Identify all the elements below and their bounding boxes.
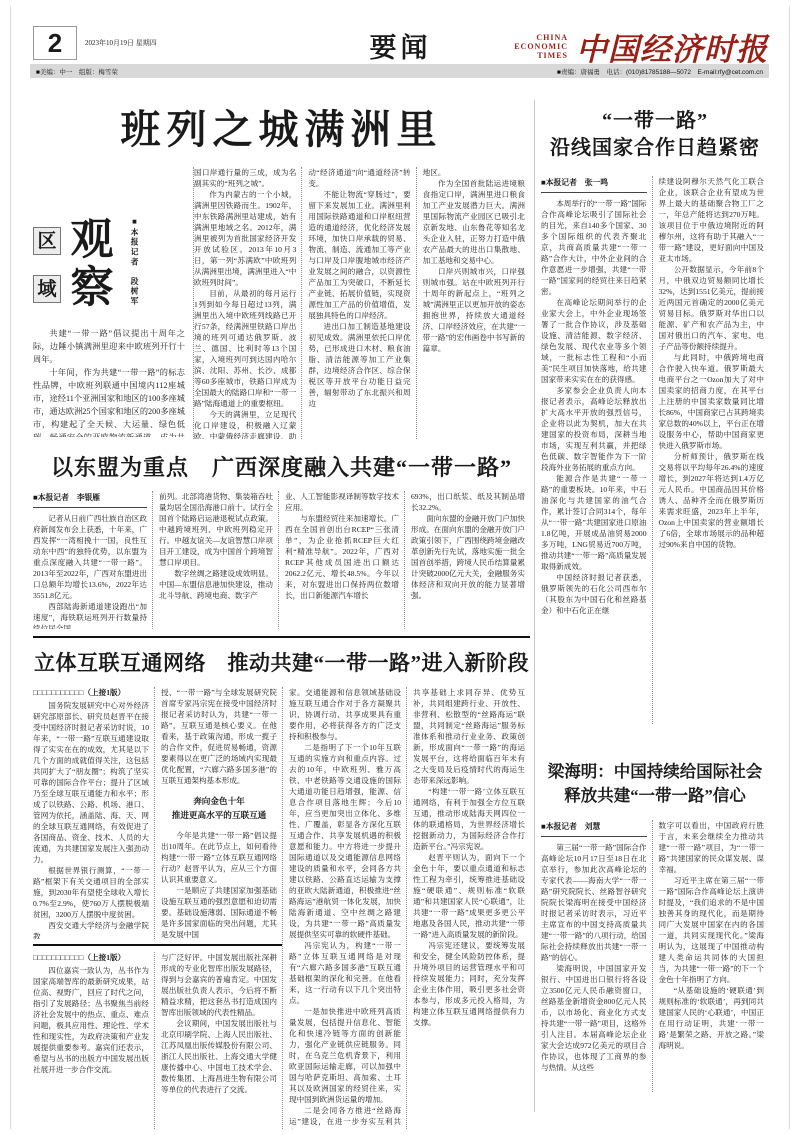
paragraph: 目前，从最初的每月运行1列到如今每日超过13列，满洲里出入境中欧班列线路已开行5…: [194, 288, 296, 409]
paragraph: 多家参会企业负责人向本报记者表示，高峰论坛释放出扩大高水平开放的强烈信号，企业将…: [541, 385, 647, 473]
continued-from-page1-tag: □□□□□□□□□□□（上接1版）: [33, 687, 149, 698]
article4-divider-rule: [33, 944, 282, 946]
article-lianghaiming-byline: ■本报记者 刘慧: [541, 820, 647, 837]
paragraph: 面向东盟的金融开放门户加快形成。在面向东盟的金融开放门户政策引领下，广西围绕跨境…: [411, 513, 525, 601]
paragraph: 分析师预计，俄罗斯在线交易将以平均每年26.4%的速度增长，到2027年将达到1…: [659, 451, 765, 550]
paragraph: 冯宗宪认为，构建“一带一路”立体互联互通网络是对现有“六廊六路多国多港”互联互通…: [289, 940, 401, 1006]
article-connectivity-subhead: 奔向金色十年 推进更高水平的互联互通: [161, 794, 277, 822]
masthead-en-line: TIMES: [514, 51, 568, 60]
article-cooperation: “一带一路” 沿线国家合作日趋紧密 ■本报记者 张一鸣 本周举行的“一带一路”国…: [541, 108, 769, 724]
article-manzhouli-col-2: 动“经济通道”向“通道经济”转变。不能让物流“穿肠过”，要留下来发展加工业。满洲…: [301, 167, 415, 439]
masthead-en-line: ECONOMIC: [514, 42, 568, 51]
paragraph: 二是会同各方推进“丝路海运”建设，在进一步夯实互利共赢、: [289, 1105, 401, 1129]
paragraph: 693%，出口纸浆、纸及其制品增长32.2%。: [411, 491, 525, 513]
section-title: 要闻: [370, 26, 432, 65]
article-manzhouli-intro: 共建“一带一路”倡议提出十周年之际，边陲小镇满洲里迎来中欧班列开行十周年。十年间…: [33, 327, 185, 437]
paragraph: 西安交通大学经济与金融学院教: [33, 920, 149, 939]
credits-left: ■美编：中一 组版：梅雪荣: [36, 67, 118, 76]
paragraph: 作为内蒙古的一个小城，满洲里因铁路而生。1902年，中东铁路满洲里站建成，始有满…: [194, 189, 296, 288]
paragraph: “构建‘一带一路’立体互联互通网络，有利于加强全方位互联互通，推动形成陆海天网四…: [413, 786, 525, 852]
logo-char: 观: [65, 218, 119, 264]
paragraph: 梁海明说，中国国家开发银行、中国进出口银行将各设立3500亿元人民币融资窗口，丝…: [541, 963, 647, 1073]
paragraph: 进出口加工制造基地建设初见成效。满洲里依托口岸优势，已形成进口木材、粮食油脂、清…: [308, 321, 410, 409]
newspaper-page: 2 2023年10月19日 星期四 要闻 CHINA ECONOMIC TIME…: [0, 0, 799, 1135]
masthead-english: CHINA ECONOMIC TIMES: [514, 33, 568, 60]
article-connectivity-col-1-text: 国务院发展研究中心对外经济研究部原部长、研究员赵晋平在接受中国经济时报记者采访时…: [33, 700, 149, 939]
logo-char: 区: [33, 227, 61, 255]
article-guangxi-col-1: ■本报记者 李银雁 记者从日前广西壮族自治区政府新闻发布会上获悉，十年来，广西发…: [33, 491, 152, 629]
article-connectivity-col-3: 家。交通能源和信息领域基础设施互联互通合作对于各方凝聚共识、协调行动、共享成果具…: [282, 687, 406, 1129]
article-publisher: □□□□□□□□□□□（上接1版） 四位嘉宾一致认为，丛书作为国家高端智库的最新…: [33, 952, 282, 1129]
paragraph: 今天的满洲里，立足现代化口岸建设，积极融入辽蒙欧、中蒙俄经济走廊建设，助力内蒙古…: [194, 409, 296, 439]
paragraph: 与此同时，中俄跨境电商合作驶入快车道。俄罗斯最大电商平台之一Ozon加大了对中国…: [659, 352, 765, 451]
paragraph: 一是加快推进中欧班列高质量发展，包括提升信息化、智能化和快速冷链等方面的创新能力…: [289, 1006, 401, 1105]
subhead-line: 推进更高水平的互联互通: [161, 808, 277, 822]
masthead: CHINA ECONOMIC TIMES 中国经济时报: [514, 24, 768, 69]
paragraph: 作为全国首批陆运进境粮食指定口岸，满洲里进口粮食加工产业发展潜力巨大。满洲里国际…: [423, 178, 525, 266]
paragraph: 数字可以看出，中国政府行胜于言，未来会继续全力推动共建“一带一路”项目，为“一带…: [659, 820, 765, 875]
credits-right: ■责编：唐福勇 电话：(010)81785188—5072 E-mail:rfy…: [557, 67, 763, 76]
logo-char: 域: [33, 275, 61, 303]
paragraph: 一是顺应了共建国家加强基础设施互联互通的强烈意愿和迫切需要。基础设施薄弱、国际通…: [161, 885, 277, 939]
paragraph: 在高峰论坛期间举行的企业家大会上，中外企业现场签署了一批合作协议，涉及基础设施、…: [541, 297, 647, 385]
paragraph: 不能让物流“穿肠过”，要留下来发展加工业。满洲里利用国际铁路通道和口岸枢纽营造的…: [308, 189, 410, 321]
paragraph: 共建“一带一路”倡议提出十周年之际，边陲小镇满洲里迎来中欧班列开行十周年。: [33, 327, 185, 366]
article-cooperation-byline: ■本报记者 张一鸣: [541, 176, 647, 193]
paragraph: “从基础设施的‘硬联通’到规则标准的‘软联通’，再到同共建国家人民的‘心联通’，…: [659, 985, 765, 1051]
section-divider-rule: [33, 636, 530, 638]
left-region: 班列之城满洲里 区 观 域 察 ■本报记者 段树军 共建“一带一路”倡议提出十周…: [33, 94, 530, 1129]
continued-from-page1-tag: □□□□□□□□□□□（上接1版）: [33, 952, 149, 963]
article-guangxi-title: 以东盟为重点 广西深度融入共建“一带一路”: [33, 451, 530, 482]
paragraph: 能源合作是共建“一带一路”的重要板块。10年来，中石油深化与共建国家的油气合作，…: [541, 473, 647, 572]
paragraph: 数字丝绸之路建设成效明显。中国—东盟信息港加快建设，推动北斗导航、跨境电商、数字…: [159, 568, 273, 601]
article-connectivity-col-2-pre: 授、“一带一路”与全球发展研究院首席专家冯宗宪在接受中国经济时报记者采访时认为，…: [161, 687, 277, 786]
page-number: 2: [33, 26, 77, 60]
title-line: 梁海明：中国持续给国际社会: [541, 760, 769, 784]
right-region: “一带一路” 沿线国家合作日趋紧密 ■本报记者 张一鸣 本周举行的“一带一路”国…: [541, 104, 769, 1116]
masthead-logo: 中国经济时报: [576, 24, 768, 69]
article-lianghaiming-col-1: ■本报记者 刘慧 第三届“一带一路”国际合作高峰论坛10月17日至18日在北京举…: [541, 820, 652, 1092]
paragraph: 冯宗宪还建议，要统筹发展和安全，健全风险防控体系，提升境外项目的运营管理水平和可…: [413, 940, 525, 1028]
paragraph: 国务院发展研究中心对外经济研究部原部长、研究员赵晋平在接受中国经济时报记者采访时…: [33, 700, 149, 865]
paragraph: 续建设阿穆尔天然气化工联合企业，该联合企业有望成为世界上最大的基础聚合物工厂之一…: [659, 176, 765, 264]
paragraph: 根据世界银行测算，“一带一路”框架下有关交通项目的全部实施，到2030年有望使全…: [33, 865, 149, 920]
column-logo-region-watch: 区 观 域 察: [33, 217, 119, 317]
article-cooperation-col-1: ■本报记者 张一鸣 本周举行的“一带一路”国际合作高峰论坛吸引了国际社会的目光，…: [541, 176, 652, 724]
page-edge-line-right: [789, 6, 790, 1129]
article-cooperation-title: “一带一路” 沿线国家合作日趋紧密: [541, 108, 769, 162]
article-manzhouli-col-1: 国口岸通行量的三成，成为名副其实的“班列之城”。作为内蒙古的一个小城，满洲里因铁…: [193, 167, 301, 439]
page-date: 2023年10月19日 星期四: [85, 38, 157, 48]
paragraph: 习近平主席在第三届“一带一路”国际合作高峰论坛上演讲时提及，“我们追求的不是中国…: [659, 875, 765, 985]
paragraph: 今年是共建“一带一路”倡议提出10周年。在此节点上，如何看待构建“一带一路”立体…: [161, 830, 277, 885]
article-guangxi: 以东盟为重点 广西深度融入共建“一带一路” ■本报记者 李银雁 记者从日前广西壮…: [33, 451, 530, 629]
paragraph: 会议期间，中国发展出版社与北京印刷学院、上海人民出版社、江苏凤凰出版传媒股份有限…: [161, 1018, 277, 1095]
paragraph: 与东盟经贸往来加速增长。广西在全国首创出台RCEP“三张清单”，为企业抢抓RCE…: [285, 513, 399, 601]
article-connectivity-col-1: □□□□□□□□□□□（上接1版） 国务院发展研究中心对外经济研究部原部长、研究…: [33, 687, 154, 939]
paragraph: 家。交通能源和信息领域基础设施互联互通合作对于各方凝聚共识、协调行动、共享成果具…: [289, 687, 401, 742]
article-manzhouli-title: 班列之城满洲里: [33, 98, 530, 155]
article-manzhouli-byline: ■本报记者 段树军: [129, 217, 140, 313]
paragraph: 业、人工智能影视译制等数字技术应用。: [285, 491, 399, 513]
article-guangxi-col-2: 前列。北部湾港货物、集装箱吞吐量均居全国沿海港口前十。试行全国首个陆路启运港退税…: [152, 491, 278, 629]
article-connectivity-col-2-post: 今年是共建“一带一路”倡议提出10周年。在此节点上，如何看待构建“一带一路”立体…: [161, 830, 277, 939]
article-publisher-col-1: □□□□□□□□□□□（上接1版） 四位嘉宾一致认为，丛书作为国家高端智库的最新…: [33, 952, 154, 1129]
paragraph: 共享基础上求同存异、优势互补，共同组建跨行业、开放性、非营利、松散型的“丝路海运…: [413, 687, 525, 786]
article-lianghaiming-col-2: 数字可以看出，中国政府行胜于言，未来会继续全力推动共建“一带一路”项目，为“一带…: [652, 820, 770, 1092]
title-line: “一带一路”: [541, 108, 769, 135]
article-manzhouli: 班列之城满洲里 区 观 域 察 ■本报记者 段树军 共建“一带一路”倡议提出十周…: [33, 98, 530, 439]
article-connectivity-col-2: 授、“一带一路”与全球发展研究院首席专家冯宗宪在接受中国经济时报记者采访时认为，…: [154, 687, 282, 939]
masthead-en-line: CHINA: [514, 33, 568, 42]
article-lianghaiming-title: 梁海明：中国持续给国际社会 释放共建“一带一路”信心: [541, 760, 769, 808]
title-line: 释放共建“一带一路”信心: [541, 784, 769, 808]
article-cooperation-col-1-text: 本周举行的“一带一路”国际合作高峰论坛吸引了国际社会的目光，来自140多个国家、…: [541, 198, 647, 616]
paragraph: 前列。北部湾港货物、集装箱吞吐量均居全国沿海港口前十。试行全国首个陆路启运港退税…: [159, 491, 273, 568]
article-connectivity: 立体互联互通网络 推动共建“一带一路”进入新阶段 □□□□□□□□□□□（上接1…: [33, 647, 530, 1129]
paragraph: 动“经济通道”向“通道经济”转变。: [308, 167, 410, 189]
region-watch-cell: 区 观 域 察 ■本报记者 段树军 共建“一带一路”倡议提出十周年之际，边陲小镇…: [33, 167, 193, 439]
article-connectivity-col-4: 共享基础上求同存异、优势互补，共同组建跨行业、开放性、非营利、松散型的“丝路海运…: [406, 687, 530, 1129]
paragraph: 十年间，作为共建“一带一路”的标志性品牌，中欧班列联通中国境内112座城市，途经…: [33, 366, 185, 437]
paragraph: 西部陆海新通道建设跑出“加速度”，海铁联运班列开行数量持续位居全国: [33, 601, 147, 629]
paragraph: 四位嘉宾一致认为，丛书作为国家高端智库的最新研究成果，站位高、视野广，回应了时代…: [33, 965, 149, 1075]
article-cooperation-col-2: 续建设阿穆尔天然气化工联合企业，该联合企业有望成为世界上最大的基础聚合物工厂之一…: [652, 176, 770, 724]
title-line: 沿线国家合作日趋紧密: [541, 135, 769, 162]
article-manzhouli-col-3: 地区。作为全国首批陆运进境粮食指定口岸，满洲里进口粮食加工产业发展潜力巨大。满洲…: [416, 167, 530, 439]
paragraph: 第三届“一带一路”国际合作高峰论坛10月17日至18日在北京举行，参加此次高峰论…: [541, 842, 647, 963]
article-guangxi-col-3: 业、人工智能影视译制等数字技术应用。与东盟经贸往来加速增长。广西在全国首创出台R…: [278, 491, 404, 629]
page-edge-line-left: [10, 6, 11, 1129]
credits-bar: ■美编：中一 组版：梅雪荣 ■责编：唐福勇 电话：(010)81785188—5…: [30, 64, 769, 78]
article-lianghaiming-col-1-text: 第三届“一带一路”国际合作高峰论坛10月17日至18日在北京举行，参加此次高峰论…: [541, 842, 647, 1073]
page-header: 2 2023年10月19日 星期四 要闻 CHINA ECONOMIC TIME…: [33, 24, 768, 62]
paragraph: 地区。: [423, 167, 525, 178]
page-number-block: 2 2023年10月19日 星期四: [33, 26, 157, 60]
paragraph: 中国经济时报记者获悉，俄罗斯领先的石化公司西布尔（其股东为中国石化和丝路基金）和…: [541, 572, 647, 616]
logo-char: 察: [65, 266, 119, 312]
article-lianghaiming: 梁海明：中国持续给国际社会 释放共建“一带一路”信心 ■本报记者 刘慧 第三届“…: [541, 760, 769, 1092]
paragraph: 口岸兴则城市兴，口岸强则城市强。站在中欧班列开行十周年的新起点上，“班列之城”满…: [423, 266, 525, 354]
paragraph: 与广泛好评。中国发展出版社深耕形成的专业化智库出版发展路径，得到与会嘉宾的普遍肯…: [161, 952, 277, 1018]
paragraph: 二是指明了下一个10年互联互通的实施方向和重点内容。过去的10年，中欧班列、雅万…: [289, 742, 401, 940]
article-publisher-col-1-text: 四位嘉宾一致认为，丛书作为国家高端智库的最新研究成果，站位高、视野广，回应了时代…: [33, 965, 149, 1075]
subhead-line: 奔向金色十年: [161, 794, 277, 808]
paragraph: 公开数据显示，今年前8个月，中俄双边贸易额同比增长32%，达到1551亿美元，提…: [659, 264, 765, 352]
paragraph: 授、“一带一路”与全球发展研究院首席专家冯宗宪在接受中国经济时报记者采访时认为，…: [161, 687, 277, 786]
paragraph: 赵晋平则认为，面向下一个金色十年，要以重点通道和标志性工程为牵引，统筹推进基础设…: [413, 852, 525, 940]
article-connectivity-title: 立体互联互通网络 推动共建“一带一路”进入新阶段: [33, 647, 530, 677]
article-guangxi-col-4: 693%，出口纸浆、纸及其制品增长32.2%。面向东盟的金融开放门户加快形成。在…: [404, 491, 530, 629]
vertical-divider: [534, 100, 535, 1112]
paragraph: 国口岸通行量的三成，成为名副其实的“班列之城”。: [194, 167, 296, 189]
article-guangxi-col-1-text: 记者从日前广西壮族自治区政府新闻发布会上获悉，十年来，广西发挥“一湾相挽十一国，…: [33, 513, 147, 629]
paragraph: 本周举行的“一带一路”国际合作高峰论坛吸引了国际社会的目光，来自140多个国家、…: [541, 198, 647, 297]
paragraph: 记者从日前广西壮族自治区政府新闻发布会上获悉，十年来，广西发挥“一湾相挽十一国，…: [33, 513, 147, 601]
article-guangxi-byline: ■本报记者 李银雁: [33, 491, 147, 508]
article-publisher-col-2: 与广泛好评。中国发展出版社深耕形成的专业化智库出版发展路径，得到与会嘉宾的普遍肯…: [154, 952, 282, 1129]
